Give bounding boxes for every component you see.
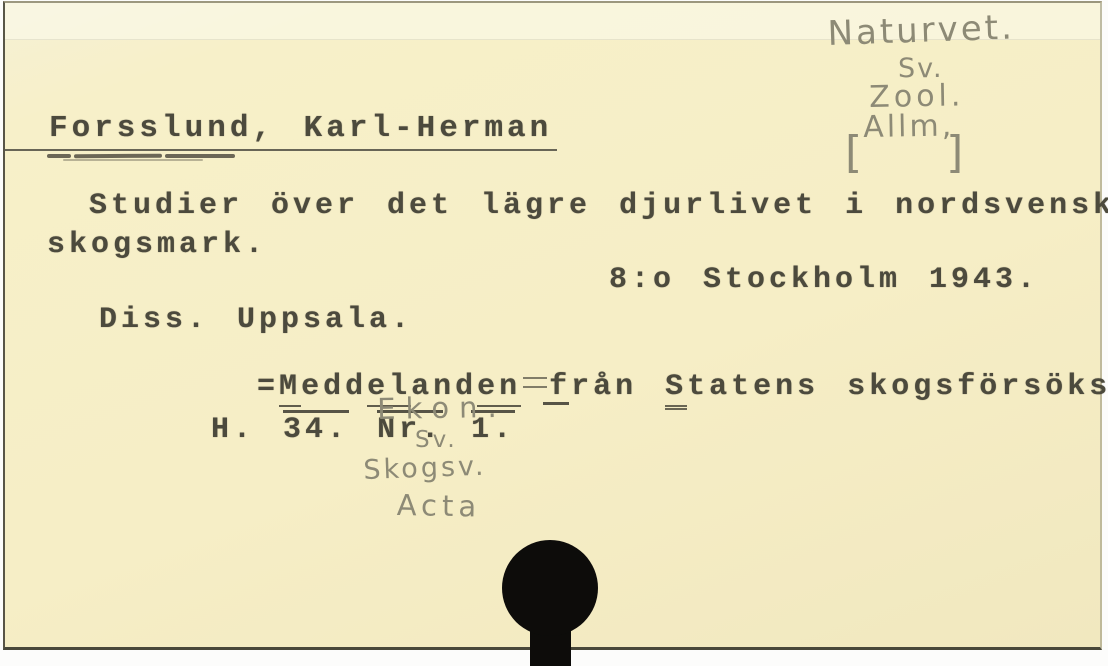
trailing-overline-mark (543, 402, 569, 437)
series-segment: tatens skogsförsöksanstalt (687, 370, 1108, 404)
double-dash-mark (523, 377, 547, 388)
pencil-underline-stroke (165, 154, 235, 158)
series-segment (515, 413, 543, 447)
title-line-1: Studier över det lägre djurlivet i nords… (89, 191, 1108, 221)
hole-punch (502, 540, 598, 636)
author-heading: Forsslund, Karl-Herman (49, 113, 552, 144)
pencil-note-acta: Acta (396, 491, 481, 521)
pencil-note-sv2: Sv. (415, 429, 458, 452)
scanned-page: Forsslund, Karl-Herman Studier över det … (0, 0, 1108, 666)
heading-underline (5, 149, 557, 151)
pencil-underline-stroke (63, 159, 203, 161)
bracket-open: [ (845, 127, 862, 178)
series-segment-double-underlined: S (665, 370, 687, 410)
imprint-line: 8:o Stockholm 1943. (609, 265, 1039, 295)
series-segment: H. (211, 413, 283, 447)
pencil-note-ekon: Ekon. (377, 393, 507, 424)
dissertation-note: Diss. Uppsala. (99, 305, 413, 335)
title-line-2: skogsmark. (47, 230, 267, 260)
series-segment-overlined: 34. (283, 410, 349, 445)
series-segment (349, 413, 377, 447)
pencil-brackets: [] (845, 131, 963, 175)
pencil-note-naturvet: Naturvet. (827, 10, 1015, 51)
pencil-note-skogsv: Skogsv. (363, 453, 487, 484)
pencil-underline-stroke (74, 154, 162, 159)
bracket-close: ] (946, 127, 963, 178)
pencil-underline-stroke (47, 154, 71, 158)
